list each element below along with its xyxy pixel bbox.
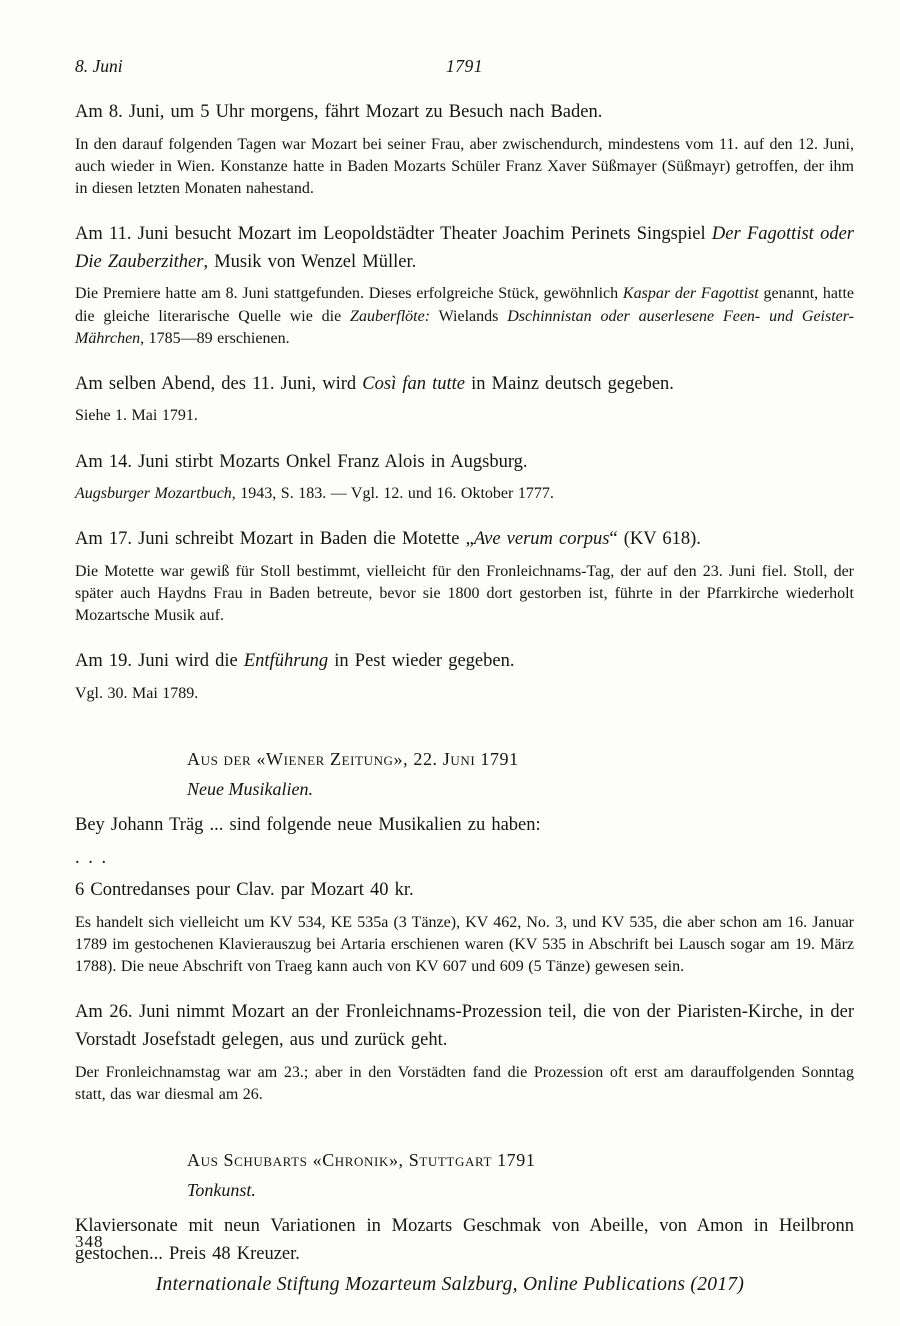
- entry-contredanses-main: 6 Contredanses pour Clav. par Mozart 40 …: [75, 877, 854, 905]
- wiener-zeitung-section: Aus der «Wiener Zeitung», 22. Juni 1791 …: [75, 749, 854, 978]
- schubart-text: Klaviersonate mit neun Variationen in Mo…: [75, 1213, 854, 1269]
- entry-june-26-main: Am 26. Juni nimmt Mozart an der Fronleic…: [75, 999, 854, 1055]
- entry-june-8-main: Am 8. Juni, um 5 Uhr morgens, fährt Moza…: [75, 99, 854, 127]
- entry-june-26: Am 26. Juni nimmt Mozart an der Fronleic…: [75, 999, 854, 1106]
- running-header-year: 1791: [335, 56, 595, 77]
- entry-june-11-mainz-commentary: Siehe 1. Mai 1791.: [75, 405, 854, 427]
- entry-june-11-mainz-main: Am selben Abend, des 11. Juni, wird Così…: [75, 371, 854, 399]
- entry-june-8: Am 8. Juni, um 5 Uhr morgens, fährt Moza…: [75, 99, 854, 200]
- entry-june-14-main: Am 14. Juni stirbt Mozarts Onkel Franz A…: [75, 449, 854, 477]
- entry-june-17-main: Am 17. Juni schreibt Mozart in Baden die…: [75, 526, 854, 554]
- wiener-zeitung-intro: Bey Johann Träg ... sind folgende neue M…: [75, 812, 854, 840]
- entry-june-26-commentary: Der Fronleichnamstag war am 23.; aber in…: [75, 1062, 854, 1106]
- schubart-section: Aus Schubarts «Chronik», Stuttgart 1791 …: [75, 1150, 854, 1269]
- entry-june-17: Am 17. Juni schreibt Mozart in Baden die…: [75, 526, 854, 627]
- entry-june-19-commentary: Vgl. 30. Mai 1789.: [75, 683, 854, 705]
- running-header-date: 8. Juni: [75, 56, 335, 77]
- publication-credit: Internationale Stiftung Mozarteum Salzbu…: [0, 1274, 900, 1296]
- entry-contredanses-commentary: Es handelt sich vielleicht um KV 534, KE…: [75, 912, 854, 978]
- page-number: 348: [75, 1232, 104, 1252]
- schubart-heading: Aus Schubarts «Chronik», Stuttgart 1791: [75, 1150, 854, 1171]
- entry-june-19: Am 19. Juni wird die Entführung in Pest …: [75, 648, 854, 705]
- entry-contredanses: 6 Contredanses pour Clav. par Mozart 40 …: [75, 877, 854, 978]
- schubart-subheading: Tonkunst.: [75, 1180, 854, 1201]
- entry-june-17-commentary: Die Motette war gewiß für Stoll bestimmt…: [75, 561, 854, 627]
- running-header: 8. Juni 1791: [75, 56, 854, 77]
- entry-june-11-theater-main: Am 11. Juni besucht Mozart im Leopoldstä…: [75, 221, 854, 277]
- entry-june-14-commentary: Augsburger Mozartbuch, 1943, S. 183. — V…: [75, 483, 854, 505]
- entry-june-14: Am 14. Juni stirbt Mozarts Onkel Franz A…: [75, 449, 854, 506]
- book-page: 8. Juni 1791 Am 8. Juni, um 5 Uhr morgen…: [0, 0, 900, 1326]
- wiener-zeitung-heading: Aus der «Wiener Zeitung», 22. Juni 1791: [75, 749, 854, 770]
- entry-june-11-theater: Am 11. Juni besucht Mozart im Leopoldstä…: [75, 221, 854, 350]
- wiener-zeitung-ellipsis: . . .: [75, 847, 854, 869]
- entry-june-8-commentary: In den darauf folgenden Tagen war Mozart…: [75, 134, 854, 200]
- entry-june-11-theater-commentary: Die Premiere hatte am 8. Juni stattgefun…: [75, 283, 854, 349]
- entry-june-19-main: Am 19. Juni wird die Entführung in Pest …: [75, 648, 854, 676]
- entry-june-11-mainz: Am selben Abend, des 11. Juni, wird Così…: [75, 371, 854, 428]
- wiener-zeitung-subheading: Neue Musikalien.: [75, 779, 854, 800]
